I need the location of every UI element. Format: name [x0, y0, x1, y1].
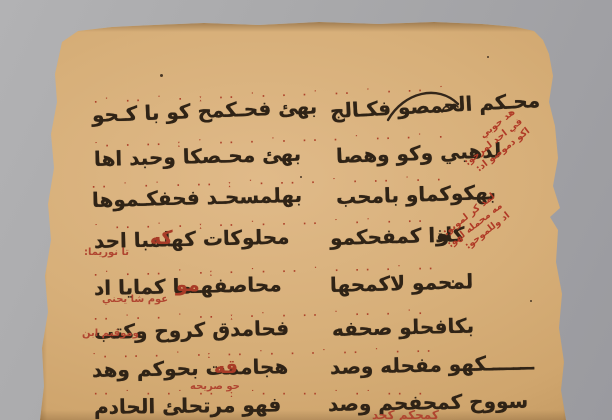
margin-note-upper: هد حوبي في احد لمرحو: اكو دموصو اد: [455, 107, 533, 179]
manuscript-line-7-right: ـــــــكهو مفحله وصد [330, 350, 534, 379]
interlinear-gloss: تا نوريما: [84, 247, 129, 258]
photo-background: ·˙ ·· ˙ · ː ·· ˙· · ·˙ ·· ˙ · ·· ˙ بهئ ف… [0, 0, 612, 420]
rubric-word: قه [214, 356, 238, 378]
interlinear-gloss: وموقيم ابن [82, 328, 139, 339]
manuscript-line-6-right: بكافحلو صحفه [332, 314, 475, 341]
manuscript-line-3-left: بهلمسحـد فحفكـموها [92, 183, 303, 212]
clipped-red-line: كمحكم كحد [372, 408, 439, 420]
text-block: ·˙ ·· ˙ · ː ·· ˙· · ·˙ ·· ˙ · ·· ˙ بهئ ف… [0, 0, 612, 420]
manuscript-line-5-right: لمحمو لاكمحها [330, 269, 474, 297]
manuscript-line-2-left: بهئ محـصكا وحبد اها [94, 142, 302, 171]
manuscript-line-7-left: هجاممت بحوكم وهد [92, 354, 289, 382]
rubric-word: كه [150, 227, 173, 249]
manuscript-line-8-left: فهو مرتحلئ الحادم [94, 392, 282, 419]
rubric-word: مو [176, 274, 200, 296]
interlinear-gloss: عوم شا يحني [102, 294, 168, 305]
